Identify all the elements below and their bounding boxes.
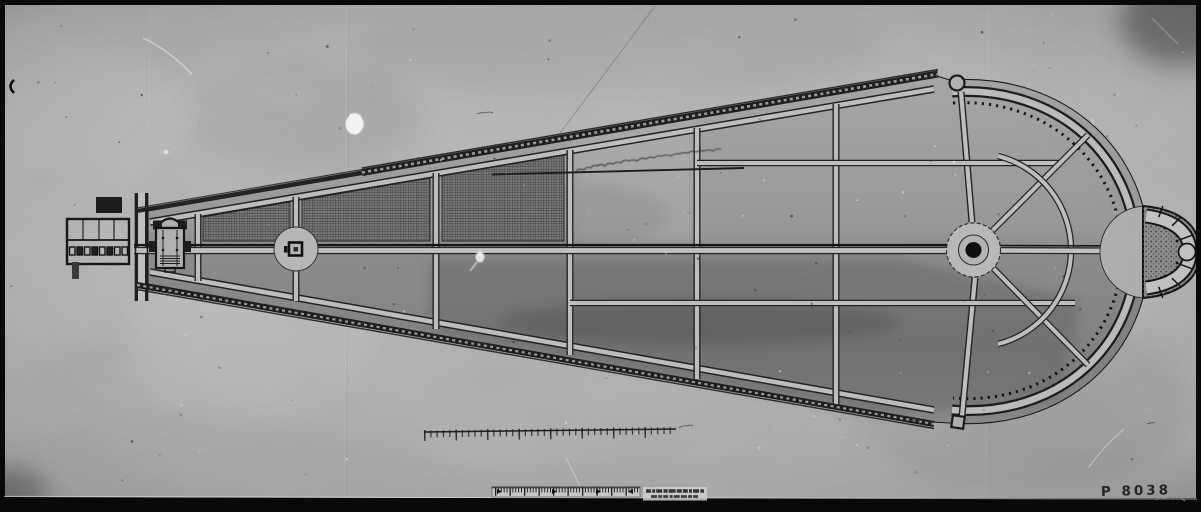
vignette — [0, 0, 1201, 512]
photographed-ruler — [492, 487, 640, 498]
plan-photo-scene: P 8038 — [0, 0, 1201, 512]
archival-photo-of-plan: P 8038 — [0, 0, 1201, 512]
archive-stamp — [643, 487, 707, 501]
